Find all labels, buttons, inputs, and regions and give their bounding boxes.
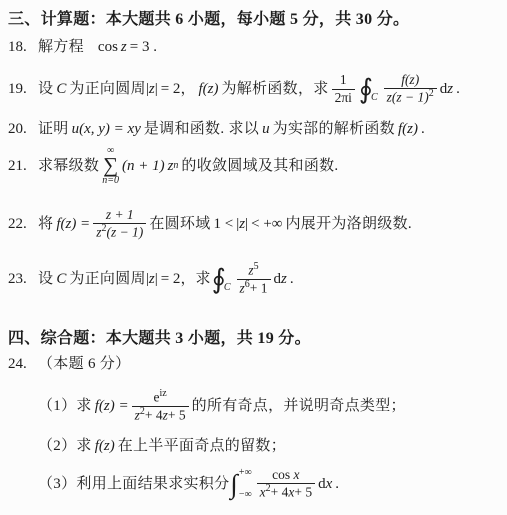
math-var-C: C — [56, 80, 66, 99]
fraction-denominator: 2πi — [332, 90, 355, 106]
problem-22-text-1: 将 — [38, 215, 53, 234]
fraction-denominator: z6+ 1 — [237, 280, 271, 297]
fraction-integrand: f(z) z(z − 1)2 — [384, 72, 437, 106]
denominator-base: z(z − 1) — [387, 90, 429, 105]
fraction-integrand: cos x x2+ 4x+ 5 — [257, 467, 316, 501]
problem-22: 22. 将 f(z) = z + 1 z2(z − 1) 在圆环域 1 < |z… — [8, 199, 503, 249]
fraction-coefficient: 1 2πi — [332, 72, 355, 105]
math-d: d — [274, 270, 282, 289]
math-var-u: u — [262, 120, 270, 139]
fraction-numerator: f(z) — [384, 72, 437, 89]
math-equals-2: = 2 — [161, 80, 181, 99]
problem-24: 24. （本题 6 分） — [8, 354, 503, 374]
math-1-lt: 1 < — [214, 215, 234, 234]
numerator-exponent: iz — [159, 388, 166, 399]
math-var-C: C — [56, 270, 66, 289]
problem-19: 19. 设 C 为正向圆周 |z| = 2， f(z) 为解析函数，求 1 2π… — [8, 63, 503, 115]
problem-23-text-2: 为正向圆周 — [69, 270, 146, 289]
fraction-numerator: z5 — [237, 262, 271, 280]
problem-19-number: 19. — [8, 80, 38, 99]
math-n-plus-1: (n + 1) — [122, 157, 165, 176]
math-var-z: z — [121, 38, 127, 57]
abs-bar: | — [155, 80, 158, 99]
problem-18-text: 解方程 — [38, 38, 84, 57]
numerator-exponent: 5 — [254, 261, 259, 272]
math-fz: f(z) — [198, 80, 218, 99]
math-var-z: z — [281, 270, 287, 289]
problem-18: 18. 解方程 cos z = 3 . — [8, 37, 503, 57]
part-2-tail: 在上半平面奇点的留数； — [118, 437, 286, 456]
problem-19-text-2: 为正向圆周 — [69, 80, 146, 99]
section-comp-heading: 四、综合题：本大题共 3 小题，共 19 分。 — [8, 329, 503, 349]
math-fz: f(z) — [95, 437, 115, 456]
problem-23-text-1: 设 — [38, 270, 53, 289]
fraction-integrand: z5 z6+ 1 — [237, 262, 271, 296]
fraction-numerator: eiz — [132, 389, 189, 407]
problem-24-part-1: （1）求 f(z) = eiz z2+ 4z+ 5 的所有奇点，并说明奇点类型； — [38, 384, 503, 428]
problem-19-text-1: 设 — [38, 80, 53, 99]
math-cos: cos — [98, 38, 118, 57]
abs-bar: | — [245, 215, 248, 234]
problem-20-number: 20. — [8, 120, 38, 139]
math-fz: f(z) — [398, 120, 418, 139]
den-plus5: + 5 — [168, 407, 186, 422]
fraction-denominator: z(z − 1)2 — [384, 89, 437, 106]
problem-24-part-2: （2）求 f(z) 在上半平面奇点的留数； — [38, 436, 503, 456]
denominator-exponent: 2 — [429, 88, 434, 99]
comma: ， — [180, 80, 195, 99]
integral-lower-limit: −∞ — [239, 490, 252, 500]
math-d: d — [318, 475, 326, 494]
den-plus4: + 4 — [145, 407, 163, 422]
contour-label: C — [371, 92, 378, 105]
section-calc-heading-text: 三、计算题：本大题共 6 小题，每小题 5 分，共 30 分。 — [8, 10, 409, 30]
problem-22-text-3: 内展开为洛朗级数. — [285, 215, 411, 234]
period: . — [335, 475, 339, 494]
problem-21-number: 21. — [8, 157, 38, 176]
problem-22-number: 22. — [8, 215, 38, 234]
fraction-numerator: cos x — [257, 467, 316, 484]
problem-24-number: 24. — [8, 355, 38, 374]
problem-18-number: 18. — [8, 38, 38, 57]
problem-23: 23. 设 C 为正向圆周 |z| = 2， 求 ∮C z5 z6+ 1 dz. — [8, 257, 503, 301]
sum-lower-limit: n=0 — [102, 176, 119, 186]
integral-icon: ∫ — [230, 471, 237, 498]
problem-20-text-3: 为实部的解析函数 — [273, 120, 395, 139]
problem-21: 21. 求幂级数 ∞ ∑ n=0 (n + 1) zn 的收敛圆域及其和函数. — [8, 145, 503, 187]
sum-operator: ∑ — [103, 156, 118, 176]
problem-20-text-2: 是调和函数. 求以 — [144, 120, 259, 139]
period: . — [456, 80, 460, 99]
fraction: eiz z2+ 4z+ 5 — [132, 389, 189, 423]
fraction-numerator: z + 1 — [93, 207, 146, 224]
fraction: z + 1 z2(z − 1) — [93, 207, 146, 241]
abs-bar: | — [155, 270, 158, 289]
den-plus5: + 5 — [294, 485, 312, 500]
problem-19-text-3: 为解析函数，求 — [221, 80, 328, 99]
denominator-rest: (z − 1) — [106, 225, 143, 240]
math-fz-equals: f(z) = — [56, 215, 90, 234]
problem-23-text-3: 求 — [195, 270, 210, 289]
section-comp-heading-text: 四、综合题：本大题共 3 小题，共 19 分。 — [8, 329, 311, 349]
denominator-rest: + 1 — [250, 280, 268, 295]
math-equals-3: = 3 . — [130, 38, 157, 57]
math-equals-2: = 2 — [161, 270, 181, 289]
problem-24-title: （本题 6 分） — [38, 355, 130, 374]
period: . — [290, 270, 294, 289]
math-exponent-n: n — [173, 161, 178, 171]
fraction-denominator: z2(z − 1) — [93, 224, 146, 241]
problem-21-text-2: 的收敛圆域及其和函数. — [181, 157, 338, 176]
part-2-lead: （2）求 — [38, 437, 92, 456]
comma: ， — [180, 270, 195, 289]
problem-22-text-2: 在圆环域 — [149, 215, 210, 234]
den-plus4: + 4 — [271, 485, 289, 500]
math-lt-inf: < +∞ — [251, 215, 282, 234]
summation-icon: ∞ ∑ n=0 — [102, 146, 119, 186]
math-var-z: z — [447, 80, 453, 99]
problem-21-text-1: 求幂级数 — [38, 157, 99, 176]
fraction-denominator: z2+ 4z+ 5 — [132, 407, 189, 424]
problem-24-part-3: （3）利用上面结果求实积分 ∫ +∞ −∞ cos x x2+ 4x+ 5 dx… — [38, 462, 503, 506]
section-calc-heading: 三、计算题：本大题共 6 小题，每小题 5 分，共 30 分。 — [8, 10, 503, 30]
fraction-denominator: x2+ 4x+ 5 — [257, 484, 316, 501]
problem-23-number: 23. — [8, 270, 38, 289]
part-3-lead: （3）利用上面结果求实积分 — [38, 475, 229, 494]
exam-page: 三、计算题：本大题共 6 小题，每小题 5 分，共 30 分。 18. 解方程 … — [0, 0, 507, 506]
numerator-cos: cos — [272, 467, 290, 482]
problem-20: 20. 证明 u(x, y) = xy 是调和函数. 求以 u 为实部的解析函数… — [8, 119, 503, 139]
math-fz-equals: f(z) = — [95, 397, 129, 416]
contour-label: C — [224, 282, 231, 295]
fraction-numerator: 1 — [332, 72, 355, 89]
integral-limits: +∞ −∞ — [239, 468, 252, 500]
part-1-tail: 的所有奇点，并说明奇点类型； — [192, 397, 406, 416]
part-1-lead: （1）求 — [38, 397, 92, 416]
numerator-x: x — [294, 467, 300, 482]
problem-20-text-1: 证明 — [38, 120, 69, 139]
math-var-x: x — [326, 475, 333, 494]
math-uxy: u(x, y) = xy — [72, 120, 141, 139]
integral-upper-limit: +∞ — [239, 468, 252, 478]
period: . — [421, 120, 425, 139]
